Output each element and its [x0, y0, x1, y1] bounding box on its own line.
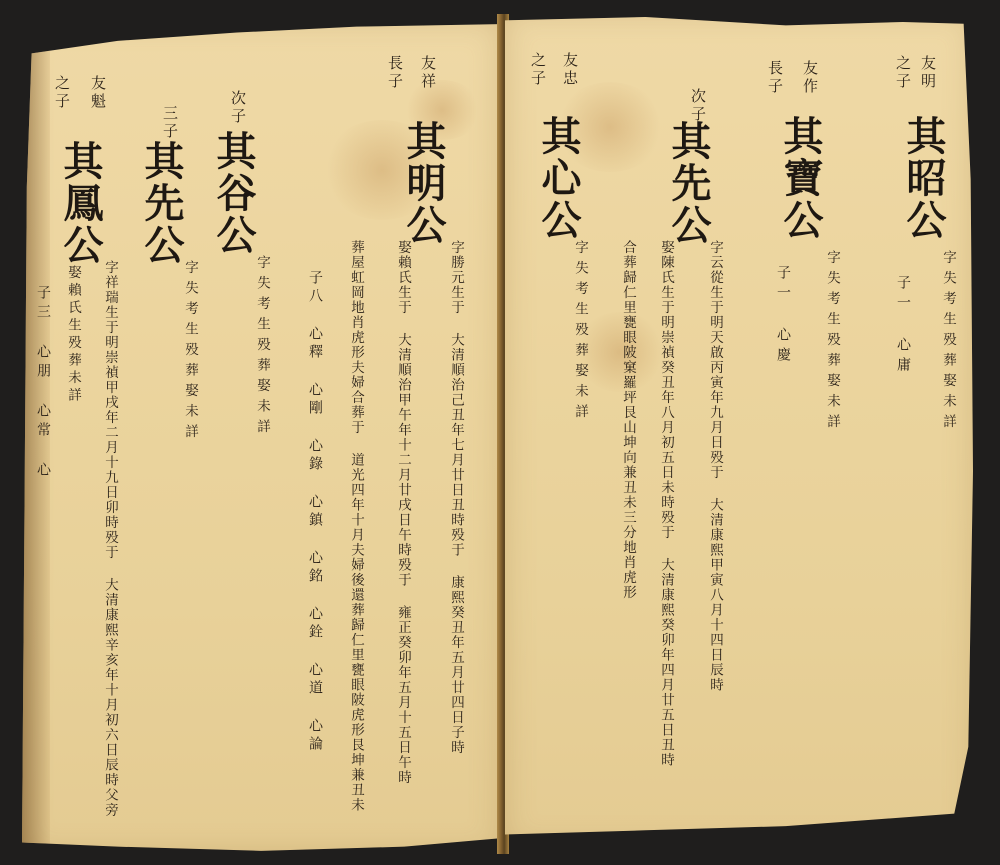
parent-note: 之子 — [528, 52, 549, 88]
courtesy-note: 字失考生殁葬娶未詳 — [570, 240, 590, 425]
burial-note: 葬屋虹岡地肖虎形夫婦合葬于 道光四年十月夫婦後還葬歸仁里甕眼陂虎形艮坤兼丑未 — [346, 240, 366, 813]
courtesy-note: 字失考生殁葬娶未詳 — [252, 255, 272, 440]
marriage-note: 娶賴氏生殁葬未詳 — [63, 265, 83, 405]
parent-note: 三子 — [160, 105, 181, 141]
marriage-note: 娶賴氏生于 大清順治甲午年十二月廿戌日午時殁于 雍正癸卯年五月十五日午時 — [393, 240, 413, 785]
birth-death-note: 字祥瑞生于明崇禎甲戌年二月十九日卯時殁于 大清康熙辛亥年十月初六日辰時父旁 — [100, 260, 120, 818]
sons-note: 子八 心釋 心剛 心錄 心鎮 心銘 心銓 心道 心論 — [305, 270, 325, 754]
courtesy-note: 字失考生殁葬娶未詳 — [938, 250, 958, 435]
ancestor-name: 其昭公 — [895, 115, 952, 241]
ancestor-name: 其明公 — [395, 120, 452, 246]
parent-note: 友祥 — [418, 55, 439, 91]
parent-note: 友魁 — [88, 75, 109, 111]
parent-note: 友忠 — [560, 52, 581, 88]
sons-note: 子三 心朋 心常 心 — [33, 285, 53, 481]
open-book: 友明 之子 其昭公 字失考生殁葬娶未詳 子一 心庸 友作 長子 其寶公 字失考生… — [0, 0, 1000, 865]
marriage-note: 娶陳氏生于明崇禎癸丑年八月初五日未時殁于 大清康熙癸卯年四月廿五日丑時 — [656, 240, 676, 768]
parent-note: 之子 — [893, 55, 914, 91]
ancestor-name: 其先公 — [133, 140, 190, 266]
parent-note: 長子 — [765, 60, 786, 96]
parent-note: 友明 — [918, 55, 939, 91]
sons-note: 子一 心慶 — [773, 265, 793, 367]
parent-note: 長子 — [385, 55, 406, 91]
ancestor-name: 其寶公 — [772, 115, 829, 241]
birth-death-note: 字云從生于明天啟丙寅年九月日殁于 大清康熙甲寅八月十四日辰時 — [705, 240, 725, 693]
parent-note: 之子 — [52, 75, 73, 111]
ancestor-name: 其心公 — [530, 115, 587, 241]
ancestor-name: 其先公 — [660, 120, 717, 246]
courtesy-note: 字失考生殁葬娶未詳 — [180, 260, 200, 445]
birth-death-note: 字勝元生于 大清順治己丑年七月廿日丑時殁于 康熙癸丑年五月廿四日子時 — [446, 240, 466, 755]
ancestor-name: 其鳳公 — [52, 140, 109, 266]
courtesy-note: 字失考生殁葬娶未詳 — [822, 250, 842, 435]
parent-note: 友作 — [800, 60, 821, 96]
parent-note: 次子 — [688, 88, 709, 124]
parent-note: 次子 — [228, 90, 249, 126]
burial-note: 合葬歸仁里甕眼陂窠羅坪艮山坤向兼丑未三分地肖虎形 — [618, 240, 638, 600]
ancestor-name: 其谷公 — [205, 130, 262, 256]
sons-note: 子一 心庸 — [893, 275, 913, 377]
